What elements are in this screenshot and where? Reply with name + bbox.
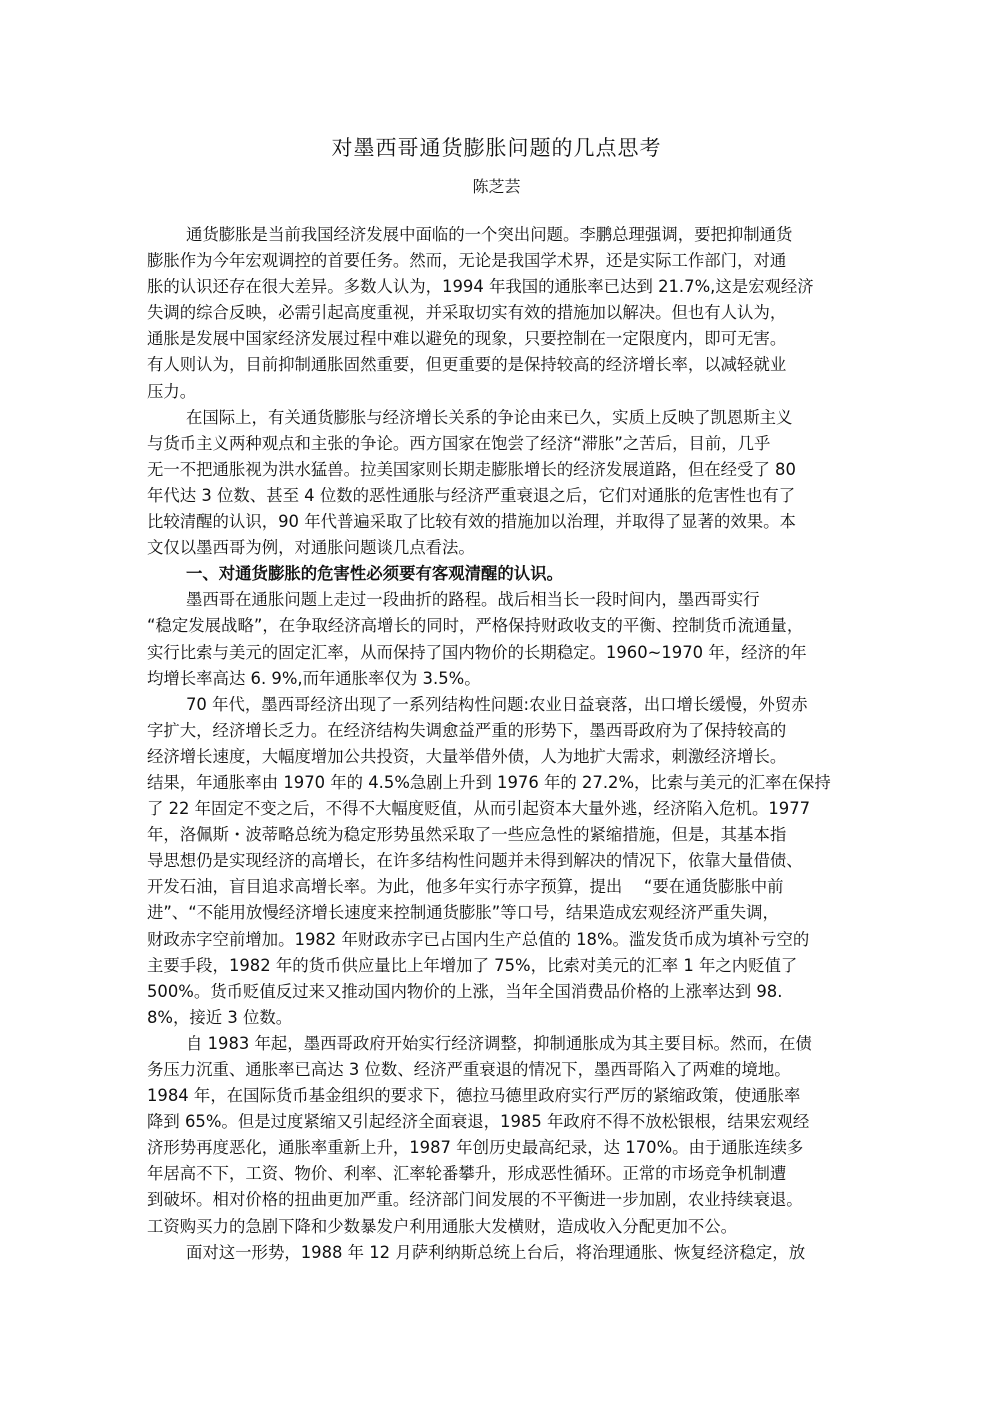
- text-line: 8%，接近 3 位数。: [147, 1005, 859, 1031]
- text-line: 与货币主义两种观点和主张的争论。西方国家在饱尝了经济“滞胀”之苦后，目前，几乎: [147, 431, 859, 457]
- text-line: 500%。货币贬值反过来又推动国内物价的上涨，当年全国消费品价格的上涨率达到 9…: [147, 979, 859, 1005]
- text-line: 进”、“不能用放慢经济增长速度来控制通货膨胀”等口号，结果造成宏观经济严重失调，: [147, 900, 859, 926]
- text-line: 降到 65%。但是过度紧缩又引起经济全面衰退，1985 年政府不得不放松银根，结…: [147, 1109, 859, 1135]
- text-line: “稳定发展战略”，在争取经济高增长的同时，严格保持财政收支的平衡、控制货币流通量…: [147, 613, 859, 639]
- text-line: 胀的认识还存在很大差异。多数人认为，1994 年我国的通胀率已达到 21.7%,…: [147, 274, 859, 300]
- text-line: 导思想仍是实现经济的高增长，在许多结构性问题并未得到解决的情况下，依靠大量借债、: [147, 848, 859, 874]
- text-line: 在国际上，有关通货膨胀与经济增长关系的争论由来已久，实质上反映了凯恩斯主义: [147, 405, 859, 431]
- text-line: 有人则认为，目前抑制通胀固然重要，但更重要的是保持较高的经济增长率，以减轻就业: [147, 352, 859, 378]
- text-line: 了 22 年固定不变之后，不得不大幅度贬值，从而引起资本大量外逃，经济陷入危机。…: [147, 796, 859, 822]
- text-line: 70 年代，墨西哥经济出现了一系列结构性问题:农业日益衰落，出口增长缓慢，外贸赤: [147, 692, 859, 718]
- text-line: 到破坏。相对价格的扭曲更加严重。经济部门间发展的不平衡进一步加剧，农业持续衰退。: [147, 1187, 859, 1213]
- text-line: 年代达 3 位数、甚至 4 位数的恶性通胀与经济严重衰退之后，它们对通胀的危害性…: [147, 483, 859, 509]
- text-line: 结果，年通胀率由 1970 年的 4.5%急剧上升到 1976 年的 27.2%…: [147, 770, 859, 796]
- text-line: 通货膨胀是当前我国经济发展中面临的一个突出问题。李鹏总理强调，要把抑制通货: [147, 222, 859, 248]
- text-line: 工资购买力的急剧下降和少数暴发户利用通胀大发横财，造成收入分配更加不公。: [147, 1214, 859, 1240]
- text-line: 字扩大，经济增长乏力。在经济结构失调愈益严重的形势下，墨西哥政府为了保持较高的: [147, 718, 859, 744]
- text-line: 年居高不下，工资、物价、利率、汇率轮番攀升，形成恶性循环。正常的市场竞争机制遭: [147, 1161, 859, 1187]
- text-line: 开发石油，盲目追求高增长率。为此，他多年实行赤字预算，提出 “要在通货膨胀中前: [147, 874, 859, 900]
- text-line: 文仅以墨西哥为例，对通胀问题谈几点看法。: [147, 535, 859, 561]
- text-line: 1984 年，在国际货币基金组织的要求下，德拉马德里政府实行严厉的紧缩政策，使通…: [147, 1083, 859, 1109]
- text-line: 比较清醒的认识，90 年代普遍采取了比较有效的措施加以治理，并取得了显著的效果。…: [147, 509, 859, 535]
- document-body: 通货膨胀是当前我国经济发展中面临的一个突出问题。李鹏总理强调，要把抑制通货膨胀作…: [147, 222, 859, 1266]
- text-line: 压力。: [147, 379, 859, 405]
- text-line: 主要手段，1982 年的货币供应量比上年增加了 75%，比索对美元的汇率 1 年…: [147, 953, 859, 979]
- document-title: 对墨西哥通货膨胀问题的几点思考: [0, 132, 993, 162]
- text-line: 务压力沉重、通胀率已高达 3 位数、经济严重衰退的情况下，墨西哥陷入了两难的境地…: [147, 1057, 859, 1083]
- text-line: 无一不把通胀视为洪水猛兽。拉美国家则长期走膨胀增长的经济发展道路，但在经受了 8…: [147, 457, 859, 483]
- text-line: 膨胀作为今年宏观调控的首要任务。然而，无论是我国学术界，还是实际工作部门，对通: [147, 248, 859, 274]
- text-line: 墨西哥在通胀问题上走过一段曲折的路程。战后相当长一段时间内，墨西哥实行: [147, 587, 859, 613]
- text-line: 失调的综合反映，必需引起高度重视，并采取切实有效的措施加以解决。但也有人认为，: [147, 300, 859, 326]
- text-line: 济形势再度恶化，通胀率重新上升，1987 年创历史最高纪录，达 170%。由于通…: [147, 1135, 859, 1161]
- text-line: 年，洛佩斯・波蒂略总统为稳定形势虽然采取了一些应急性的紧缩措施，但是，其基本指: [147, 822, 859, 848]
- text-line: 均增长率高达 6. 9%,而年通胀率仅为 3.5%。: [147, 666, 859, 692]
- text-line: 经济增长速度，大幅度增加公共投资，大量举借外债，人为地扩大需求，刺激经济增长。: [147, 744, 859, 770]
- section-heading: 一、对通货膨胀的危害性必须要有客观清醒的认识。: [147, 561, 859, 587]
- text-line: 通胀是发展中国家经济发展过程中难以避免的现象，只要控制在一定限度内，即可无害。: [147, 326, 859, 352]
- text-line: 实行比索与美元的固定汇率，从而保持了国内物价的长期稳定。1960~1970 年，…: [147, 640, 859, 666]
- text-line: 财政赤字空前增加。1982 年财政赤字已占国内生产总值的 18%。滥发货币成为填…: [147, 927, 859, 953]
- document-page: 对墨西哥通货膨胀问题的几点思考 陈芝芸 通货膨胀是当前我国经济发展中面临的一个突…: [0, 0, 993, 1404]
- text-line: 自 1983 年起，墨西哥政府开始实行经济调整，抑制通胀成为其主要目标。然而，在…: [147, 1031, 859, 1057]
- document-author: 陈芝芸: [0, 174, 993, 197]
- text-line: 面对这一形势，1988 年 12 月萨利纳斯总统上台后，将治理通胀、恢复经济稳定…: [147, 1240, 859, 1266]
